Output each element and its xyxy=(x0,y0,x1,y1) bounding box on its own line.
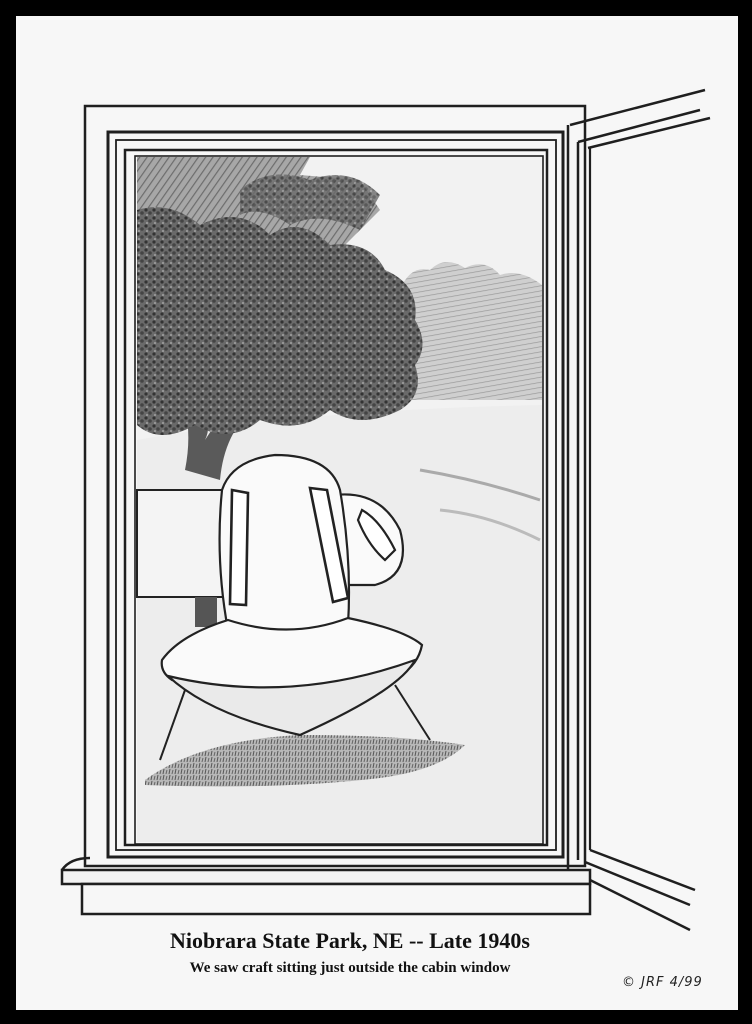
sketch-illustration xyxy=(0,0,752,1024)
caption-title: Niobrara State Park, NE -- Late 1940s xyxy=(0,928,700,954)
open-window-sash xyxy=(568,90,710,930)
artist-signature: © JRF 4/99 xyxy=(622,975,703,990)
caption-subtitle: We saw craft sitting just outside the ca… xyxy=(0,960,700,977)
